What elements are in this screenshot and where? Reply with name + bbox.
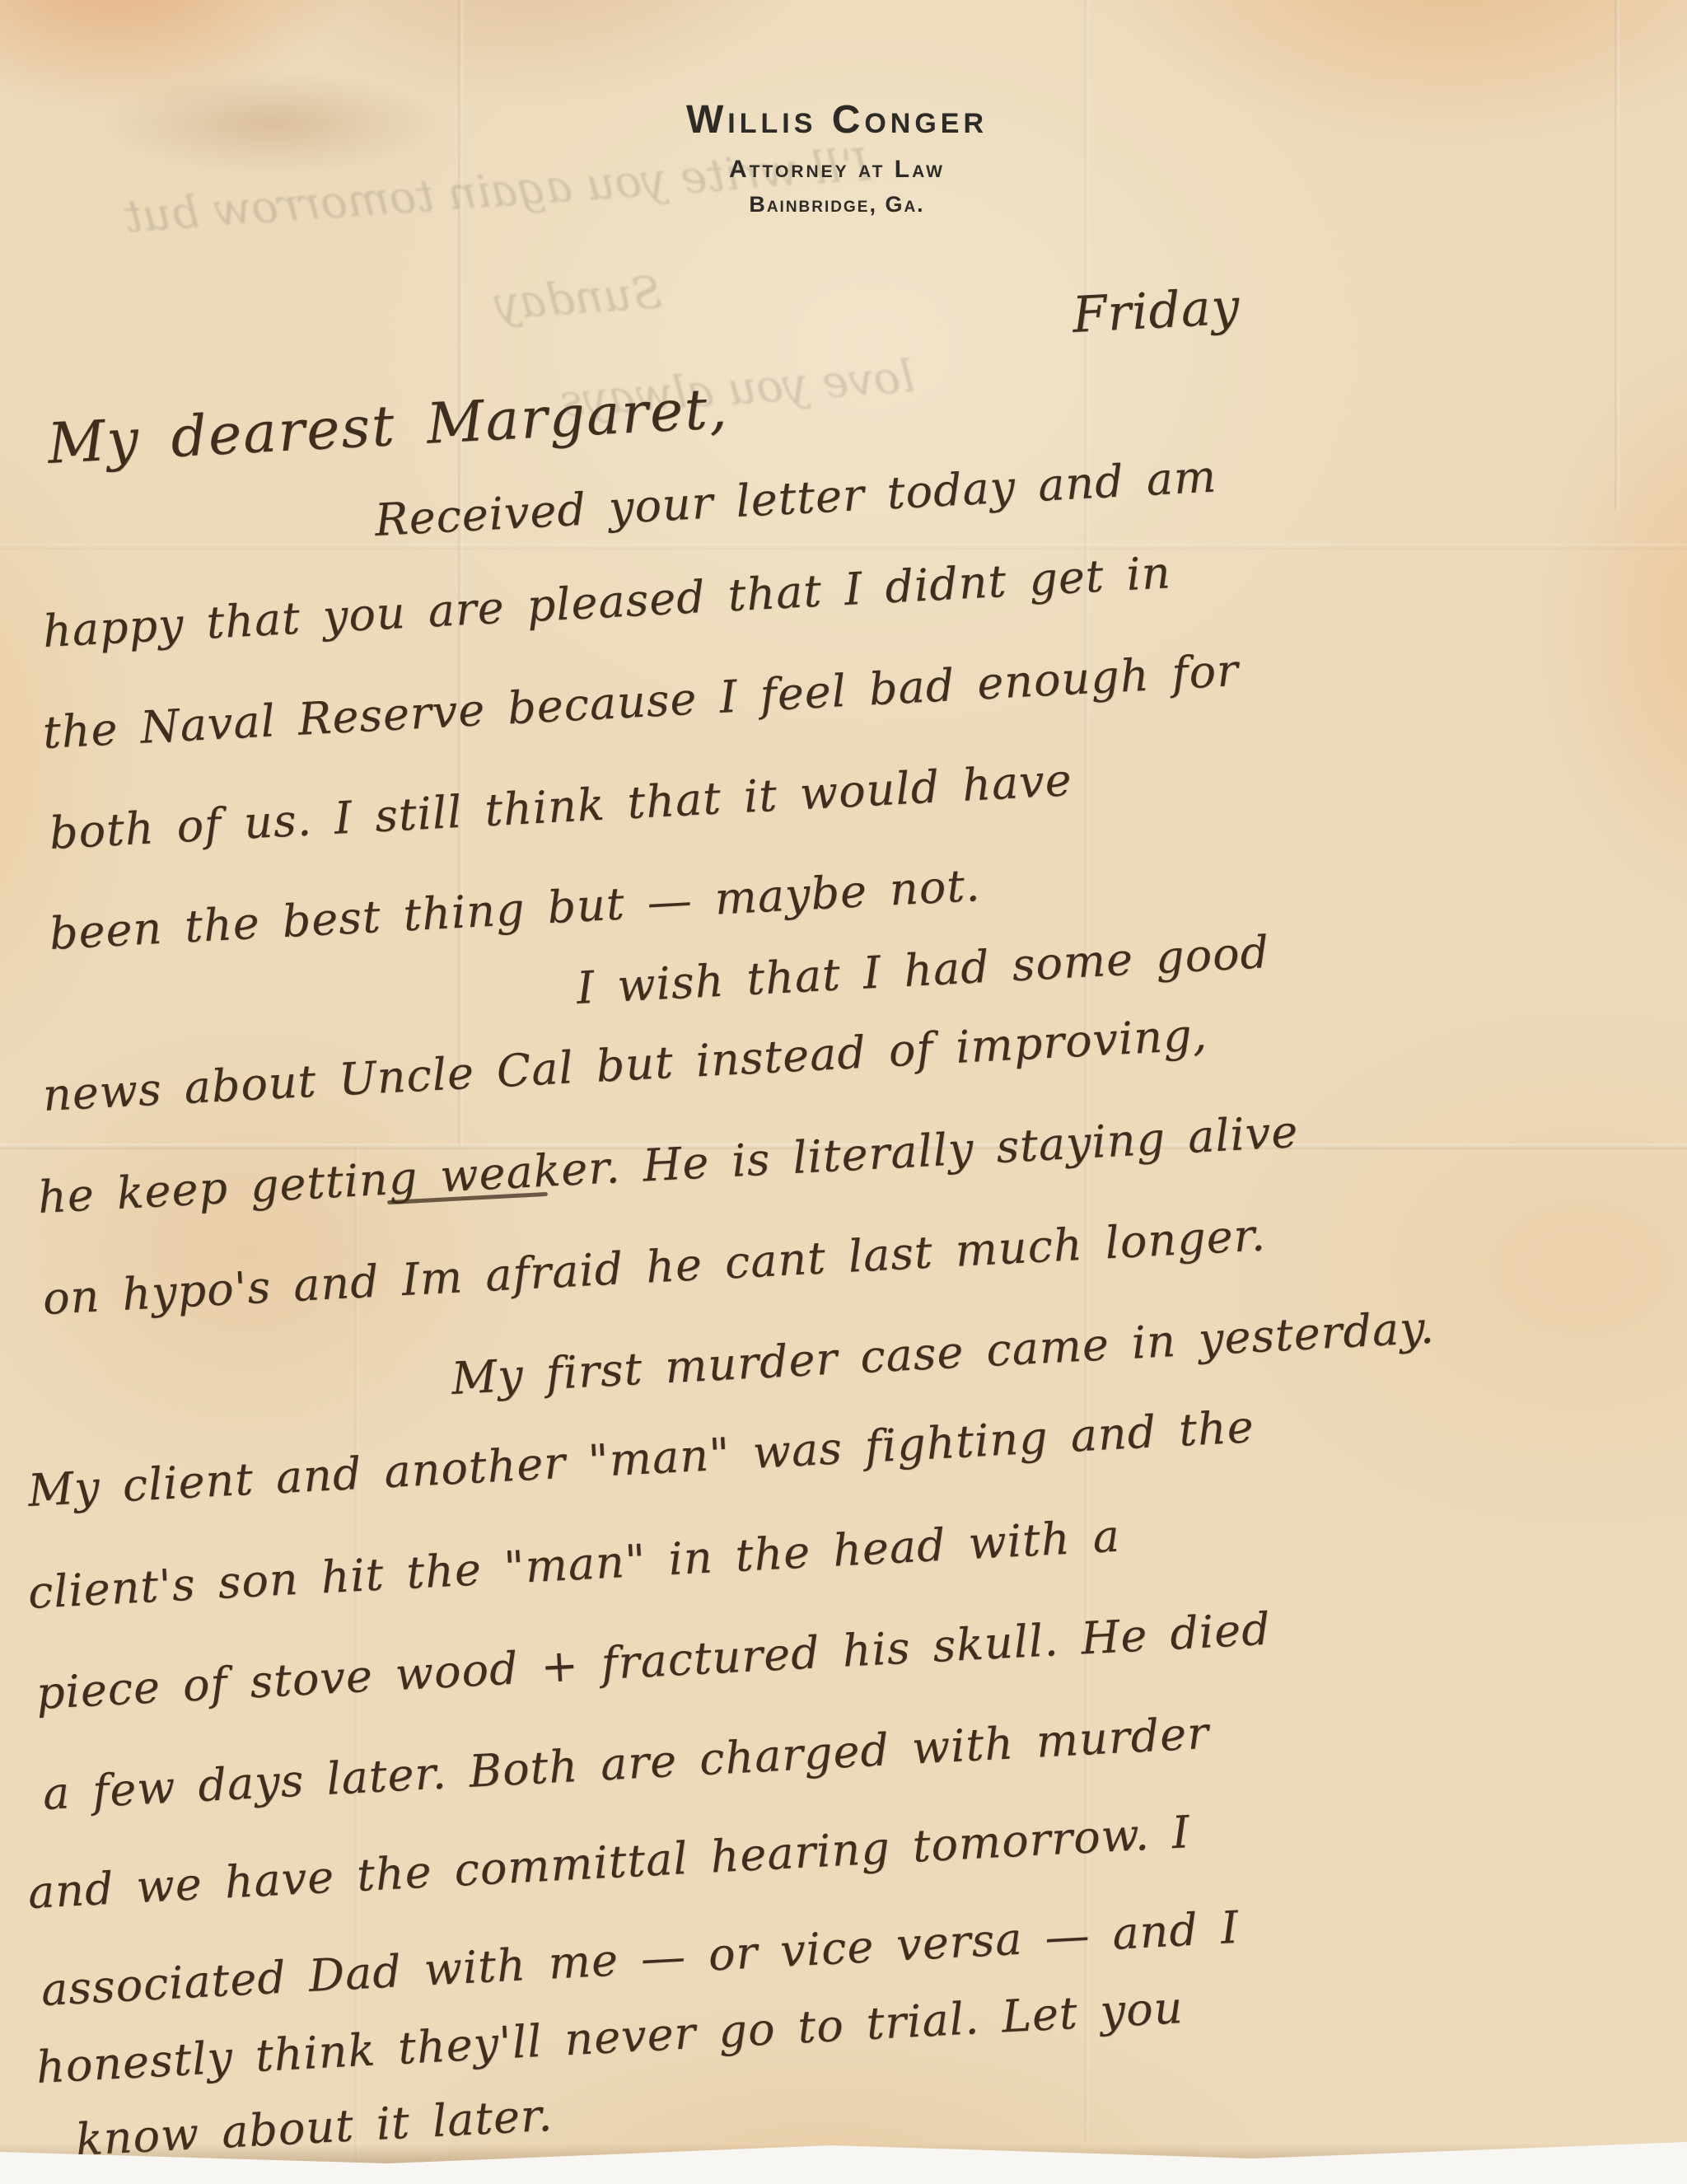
letterhead: Willis Conger Attorney at Law Bainbridge… — [0, 97, 1674, 217]
body-line: I wish that I had some good — [575, 926, 1270, 1014]
body-line: on hypo's and Im afraid he cant last muc… — [41, 1209, 1267, 1325]
bleed-through-text: Sunday — [493, 266, 664, 330]
body-line: a few days later. Both are charged with … — [41, 1707, 1210, 1820]
body-line: My client and another "man" was fighting… — [26, 1401, 1255, 1517]
body-line: client's son hit the "man" in the head w… — [26, 1510, 1121, 1619]
fold-crease — [1615, 0, 1619, 511]
letterhead-city: Bainbridge, Ga. — [0, 192, 1674, 217]
letter-paper: I'll write you again tomorrow but Sunday… — [0, 0, 1687, 2165]
body-line: been the best thing but — maybe not. — [48, 859, 981, 960]
letterhead-name: Willis Conger — [0, 97, 1674, 143]
body-line: My first murder case came in yesterday. — [450, 1301, 1436, 1404]
body-line: the Naval Reserve because I feel bad eno… — [41, 644, 1240, 759]
scanned-letter: I'll write you again tomorrow but Sunday… — [0, 0, 1687, 2184]
date-line: Friday — [1071, 278, 1241, 344]
body-line: both of us. I still think that it would … — [48, 754, 1073, 859]
body-line: news about Uncle Cal but instead of impr… — [41, 1008, 1208, 1121]
scanner-background — [0, 2163, 1687, 2184]
body-line: and we have the committal hearing tomorr… — [26, 1806, 1191, 1919]
body-line: know about it later. — [74, 2089, 554, 2166]
fold-crease — [0, 544, 1687, 550]
salutation: My dearest Margaret, — [46, 376, 730, 477]
letterhead-title: Attorney at Law — [0, 156, 1674, 184]
body-line: Received your letter today and am — [373, 450, 1217, 545]
body-line: happy that you are pleased that I didnt … — [41, 546, 1172, 657]
body-line: he keep getting weaker. He is literally … — [36, 1106, 1299, 1223]
